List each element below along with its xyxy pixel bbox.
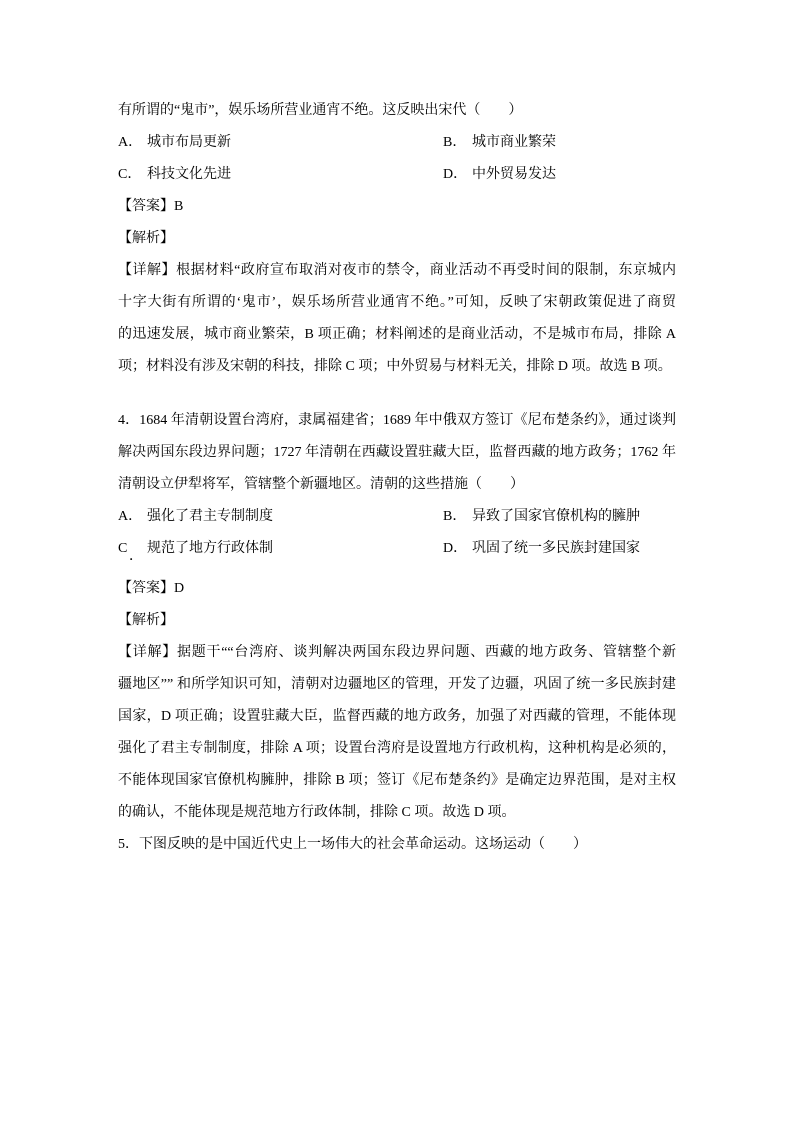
q3-detail-line: 【详解】根据材料“政府宣布取消对夜市的禁令，商业活动不再受时间的限制，东京城内 xyxy=(118,255,676,287)
q3-option-c-letter: C． xyxy=(118,159,147,191)
q3-detail-line: 的迅速发展，城市商业繁荣，B 项正确；材料阐述的是商业活动，不是城市布局，排除 … xyxy=(118,319,676,351)
q4-detail-line: 不能体现国家官僚机构臃肿，排除 B 项；签订《尼布楚条约》是确定边界范围，是对主… xyxy=(118,765,676,797)
q4-option-d: D． 巩固了统一多民族封建国家 xyxy=(443,533,640,565)
q3-option-c-text: 科技文化先进 xyxy=(147,159,231,191)
q4-option-d-text: 巩固了统一多民族封建国家 xyxy=(472,533,640,565)
q4-option-c-letter-glyph: C xyxy=(118,541,127,556)
q4-option-d-letter: D． xyxy=(443,533,472,565)
q3-detail-line: 十字大街有所谓的‘鬼市’，娱乐场所营业通宵不绝。”可知，反映了宋朝政策促进了商贸 xyxy=(118,287,676,319)
q4-option-a-text: 强化了君主专制制度 xyxy=(147,501,273,533)
q4-stem-line: 清朝设立伊犁将军，管辖整个新疆地区。清朝的这些措施（ ） xyxy=(118,469,676,501)
document-page: 有所谓的“鬼市”，娱乐场所营业通宵不绝。这反映出宋代（ ） A． 城市布局更新 … xyxy=(0,0,794,1123)
q4-detail-line: 【详解】据题干““台湾府、谈判解决两国东段边界问题、西藏的地方政务、管辖整个新 xyxy=(118,637,676,669)
q4-option-b-text: 异致了国家官僚机构的臃肿 xyxy=(472,501,640,533)
q3-stem-continuation: 有所谓的“鬼市”，娱乐场所营业通宵不绝。这反映出宋代（ ） xyxy=(118,95,676,127)
q3-option-c: C． 科技文化先进 xyxy=(118,159,443,191)
q3-options-row-ab: A． 城市布局更新 B． 城市商业繁荣 xyxy=(118,127,676,159)
q4-options-row-cd: C． 规范了地方行政体制 D． 巩固了统一多民族封建国家 xyxy=(118,533,676,565)
q4-stem-line: 解决两国东段边界问题；1727 年清朝在西藏设置驻藏大臣，监督西藏的地方政务；1… xyxy=(118,437,676,469)
q3-option-a-letter: A． xyxy=(118,127,147,159)
q4-option-c-letter: C． xyxy=(118,533,147,565)
q4-option-a-letter: A． xyxy=(118,501,147,533)
q3-options-row-cd: C． 科技文化先进 D． 中外贸易发达 xyxy=(118,159,676,191)
q3-option-d-letter: D． xyxy=(443,159,472,191)
q3-answer: 【答案】B xyxy=(118,191,676,223)
q3-analysis-label: 【解析】 xyxy=(118,223,676,255)
q4-detail-line: 国家，D 项正确；设置驻藏大臣，监督西藏的地方政务，加强了对西藏的管理，不能体现 xyxy=(118,701,676,733)
q4-option-a: A． 强化了君主专制制度 xyxy=(118,501,443,533)
q4-option-c-stray-period: ． xyxy=(129,550,143,564)
q3-option-d: D． 中外贸易发达 xyxy=(443,159,556,191)
q4-options-row-ab: A． 强化了君主专制制度 B． 异致了国家官僚机构的臃肿 xyxy=(118,501,676,533)
q3-option-b: B． 城市商业繁荣 xyxy=(443,127,556,159)
q3-option-d-text: 中外贸易发达 xyxy=(472,159,556,191)
exam-content: 有所谓的“鬼市”，娱乐场所营业通宵不绝。这反映出宋代（ ） A． 城市布局更新 … xyxy=(118,95,676,861)
q3-option-b-letter: B． xyxy=(443,127,472,159)
q3-option-a: A． 城市布局更新 xyxy=(118,127,443,159)
q4-option-c-text: 规范了地方行政体制 xyxy=(147,533,273,565)
q4-detail-line: 强化了君主专制制度，排除 A 项；设置台湾府是设置地方行政机构，这种机构是必须的… xyxy=(118,733,676,765)
q4-option-b-letter: B． xyxy=(443,501,472,533)
q4-stem-line: 4．1684 年清朝设置台湾府，隶属福建省；1689 年中俄双方签订《尼布楚条约… xyxy=(118,405,676,437)
q3-option-a-text: 城市布局更新 xyxy=(147,127,231,159)
q4-answer: 【答案】D xyxy=(118,573,676,605)
q4-analysis-label: 【解析】 xyxy=(118,605,676,637)
q3-option-b-text: 城市商业繁荣 xyxy=(472,127,556,159)
q4-detail-line: 疆地区”” 和所学知识可知，清朝对边疆地区的管理，开发了边疆，巩固了统一多民族封… xyxy=(118,669,676,701)
q4-option-c: C． 规范了地方行政体制 xyxy=(118,533,443,565)
q4-option-b: B． 异致了国家官僚机构的臃肿 xyxy=(443,501,640,533)
q5-stem: 5．下图反映的是中国近代史上一场伟大的社会革命运动。这场运动（ ） xyxy=(118,829,676,861)
q4-detail-line: 的确认，不能体现是规范地方行政体制，排除 C 项。故选 D 项。 xyxy=(118,797,676,829)
q3-detail-line: 项；材料没有涉及宋朝的科技，排除 C 项；中外贸易与材料无关，排除 D 项。故选… xyxy=(118,351,676,383)
